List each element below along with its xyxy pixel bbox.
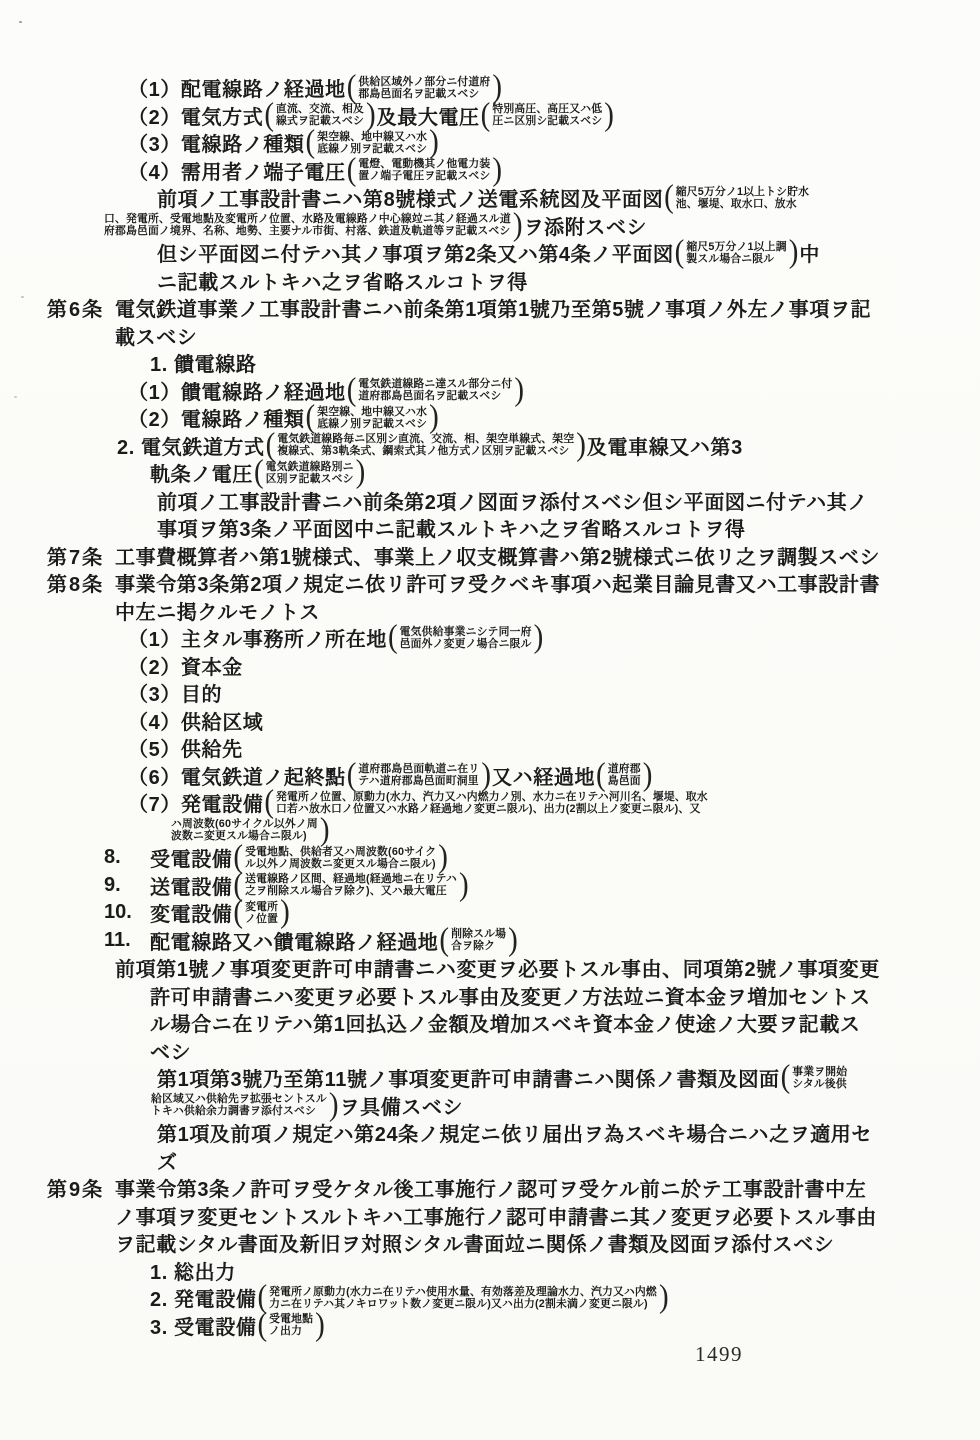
annotation-line-bottom: 之ヲ削除スル場合ヲ除ク)、又ハ最大電圧 — [245, 885, 457, 897]
text-line: 第1項及前項ノ規定ハ第24条ノ規定ニ依リ届出ヲ為スベキ場合ニハ之ヲ適用セ — [0, 1119, 980, 1147]
annotation-close-paren: ) — [492, 154, 502, 186]
inline-annotation: 発電所ノ位置、原動力(水力、汽力又ハ内燃力ノ別、水力ニ在リテハ河川名、堰堤、取水… — [276, 791, 708, 815]
annotation-close-paren: ) — [481, 759, 491, 791]
text-run: 中 — [799, 238, 820, 267]
text-line: 軌条ノ電圧(電気鉄道線路別ニ区別ヲ記載スベシ) — [0, 459, 980, 487]
text-run: 1. 饋電線路 — [150, 348, 256, 377]
annotation-line-bottom: ル以外ノ周波数ニ変更スル場合ニ限ル) — [245, 858, 436, 870]
annotation-close-paren: ) — [513, 209, 523, 241]
annotation-line-top: 事業ヲ開始 — [792, 1066, 847, 1078]
text-run: 変電設備 — [150, 898, 232, 927]
annotation-line-top: 縮尺5万分ノ1以上調 — [686, 241, 786, 253]
text-run: 電気鉄道事業ノ工事設計書ニハ前条第1項第1號乃至第5號ノ事項ノ外左ノ事項ヲ記 — [115, 293, 871, 322]
text-line: 8.受電設備(受電地點、供給者又ハ周波数(60サイクル以外ノ周波数ニ変更スル場合… — [0, 844, 980, 872]
inline-annotation: 電気鉄道線路別ニ区別ヲ記載スベシ — [266, 461, 354, 485]
annotation-open-paren: ( — [481, 99, 491, 131]
text-line: 第9条事業令第3条ノ許可ヲ受ケタル後工事施行ノ認可ヲ受ケル前ニ於テ工事設計書中左 — [0, 1174, 980, 1202]
inline-annotation: 変電所ノ位置 — [245, 901, 278, 925]
text-line: （6）電気鉄道ノ起終點(道府郡島邑面軌道ニ在リテハ道府郡島邑面町洞里)又ハ経過地… — [0, 762, 980, 790]
text-line: ノ事項ヲ変更セントスルトキハ工事施行ノ認可申請書ニ其ノ変更ヲ必要トスル事由 — [0, 1202, 980, 1230]
page-number: 1499 — [695, 1342, 743, 1367]
annotation-line-bottom: シタル後供 — [792, 1078, 847, 1090]
text-run: 2. 発電設備 — [150, 1283, 256, 1312]
inline-annotation: 給区域又ハ供給先ヲ拡張セントスルトキハ供給余力調書ヲ添付スベシ — [151, 1093, 327, 1117]
text-run: 前項ノ工事設計書ニハ第8號様式ノ送電系統図及平面図 — [157, 183, 663, 212]
article-number: 第6条 — [47, 293, 115, 322]
inline-annotation: 受電地點、供給者又ハ周波数(60サイクル以外ノ周波数ニ変更スル場合ニ限ル) — [245, 846, 436, 870]
annotation-line-top: ハ周波数(60サイクル以外ノ周 — [171, 818, 318, 830]
annotation-close-paren: ) — [356, 457, 366, 489]
list-number: 8. — [104, 846, 150, 869]
annotation-open-paren: ( — [347, 759, 357, 791]
annotation-line-top: 縮尺5万分ノ1以上トシ貯水 — [676, 186, 809, 198]
text-run: 及電車線又ハ第3 — [587, 431, 743, 460]
annotation-open-paren: ( — [664, 182, 674, 214]
inline-annotation: 特別高圧、高圧又ハ低圧ニ区別シ記載スベシ — [492, 103, 602, 127]
text-line: 1. 饋電線路 — [0, 349, 980, 377]
text-run: ル場合ニ在リテハ第1回払込ノ金額及増加スベキ資本金ノ使途ノ大要ヲ記載ス — [150, 1008, 861, 1037]
inline-annotation: 口、発電所、受電地點及変電所ノ位置、水路及電線路ノ中心線竝ニ其ノ経過スル道府郡島… — [104, 213, 511, 237]
text-run: （3）目的 — [128, 678, 222, 707]
inline-annotation: 道府郡島邑面軌道ニ在リテハ道府郡島邑面町洞里 — [358, 763, 479, 787]
text-line: （2）資本金 — [0, 652, 980, 680]
annotation-line-top: 架空線、地中線又ハ水 — [317, 406, 427, 418]
annotation-open-paren: ( — [254, 457, 264, 489]
annotation-close-paren: ) — [438, 842, 448, 874]
text-run: 工事費概算者ハ第1號様式、事業上ノ収支概算書ハ第2號様式ニ依リ之ヲ調製スベシ — [115, 541, 880, 570]
inline-annotation: 直流、交流、相及線式ヲ記載スベシ — [276, 103, 364, 127]
text-line: 口、発電所、受電地點及変電所ノ位置、水路及電線路ノ中心線竝ニ其ノ経過スル道府郡島… — [0, 212, 980, 240]
text-line: ル場合ニ在リテハ第1回払込ノ金額及増加スベキ資本金ノ使途ノ大要ヲ記載ス — [0, 1009, 980, 1037]
inline-annotation: 架空線、地中線又ハ水底線ノ別ヲ記載スベシ — [317, 131, 427, 155]
annotation-open-paren: ( — [347, 72, 357, 104]
annotation-line-bottom: ノ位置 — [245, 913, 278, 925]
annotation-line-top: 変電所 — [245, 901, 278, 913]
annotation-line-bottom: トキハ供給余力調書ヲ添付スベシ — [151, 1105, 327, 1117]
text-run: 前項ノ工事設計書ニハ前条第2項ノ図面ヲ添付スベシ但シ平面図ニ付テハ其ノ — [157, 486, 868, 515]
annotation-line-bottom: 圧ニ区別シ記載スベシ — [492, 115, 602, 127]
annotation-open-paren: ( — [596, 759, 606, 791]
annotation-line-top: 口、発電所、受電地點及変電所ノ位置、水路及電線路ノ中心線竝ニ其ノ経過スル道 — [104, 213, 511, 225]
text-run: （4）需用者ノ端子電圧 — [128, 156, 346, 185]
text-run: 配電線路又ハ饋電線路ノ経過地 — [150, 926, 438, 955]
annotation-line-bottom: 区別ヲ記載スベシ — [266, 473, 354, 485]
inline-annotation: 受電地點ノ出力 — [269, 1313, 313, 1337]
text-line: 9.送電設備(送電線路ノ区間、経過地(経過地ニ在リテハ之ヲ削除スル場合ヲ除ク)、… — [0, 872, 980, 900]
text-line: 1. 総出力 — [0, 1257, 980, 1285]
annotation-close-paren: ) — [789, 237, 799, 269]
list-number: 10. — [104, 901, 150, 924]
annotation-close-paren: ) — [643, 759, 653, 791]
article-number: 第7条 — [47, 541, 115, 570]
text-run: （1）主タル事務所ノ所在地 — [128, 623, 387, 652]
annotation-line-top: 削除スル場 — [451, 928, 506, 940]
annotation-line-bottom: ノ出力 — [269, 1325, 313, 1337]
annotation-open-paren: ( — [233, 897, 243, 929]
inline-annotation: 発電所ノ原動力(水力ニ在リテハ使用水量、有効落差及理論水力、汽力又ハ内燃力ニ在リ… — [269, 1286, 657, 1310]
annotation-line-bottom: 線式ヲ記載スベシ — [276, 115, 364, 127]
text-run: 許可申請書ニハ変更ヲ必要トスル事由及変更ノ方法竝ニ資本金ヲ増加セントス — [150, 981, 871, 1010]
text-line: 2. 電気鉄道方式(電気鉄道線路毎ニ区別シ直流、交流、相、架空単線式、架空複線式… — [0, 432, 980, 460]
text-run: 事業令第3条第2項ノ規定ニ依リ許可ヲ受クベキ事項ハ起業目論見書又ハ工事設計書 — [115, 568, 880, 597]
inline-annotation: 電気鉄道線路毎ニ区別シ直流、交流、相、架空単線式、架空複線式、第3軌条式、鋼索式… — [277, 433, 574, 457]
text-run: 事項ヲ第3条ノ平面図中ニ記載スルトキハ之ヲ省略スルコトヲ得 — [157, 513, 746, 542]
text-run: 第1項及前項ノ規定ハ第24条ノ規定ニ依リ届出ヲ為スベキ場合ニハ之ヲ適用セ — [157, 1118, 872, 1147]
annotation-line-top: 直流、交流、相及 — [276, 103, 364, 115]
text-run: （3）電線路ノ種類 — [128, 128, 305, 157]
text-line: ヲ記載シタル書面及新旧ヲ対照シタル書面竝ニ関係ノ書類及図面ヲ添付スベシ — [0, 1229, 980, 1257]
inline-annotation: 電燈、電動機其ノ他電力装置ノ端子電圧ヲ記載スベシ — [358, 158, 490, 182]
inline-annotation: 電気供給事業ニシテ同一府邑面外ノ変更ノ場合ニ限ル — [400, 626, 532, 650]
text-run: 載スベシ — [115, 321, 197, 350]
annotation-close-paren: ) — [429, 127, 439, 159]
annotation-line-top: 電気鉄道線路別ニ — [266, 461, 354, 473]
annotation-line-top: 供給区域外ノ部分ニ付道府 — [358, 76, 490, 88]
annotation-close-paren: ) — [280, 897, 290, 929]
annotation-line-bottom: 底線ノ別ヲ記載スベシ — [317, 143, 427, 155]
annotation-close-paren: ) — [534, 622, 544, 654]
annotation-line-top: 電気鉄道線路毎ニ区別シ直流、交流、相、架空単線式、架空 — [277, 433, 574, 445]
annotation-open-paren: ( — [439, 924, 449, 956]
inline-annotation: 縮尺5万分ノ1以上トシ貯水池、堰堤、取水口、放水 — [676, 186, 809, 210]
annotation-line-top: 道府郡 — [608, 763, 641, 775]
annotation-open-paren: ( — [306, 402, 316, 434]
text-run: 事業令第3条ノ許可ヲ受ケタル後工事施行ノ認可ヲ受ケル前ニ於テ工事設計書中左 — [115, 1173, 866, 1202]
inline-annotation: 道府郡島邑面 — [608, 763, 641, 787]
annotation-open-paren: ( — [264, 99, 274, 131]
text-run: 又ハ経過地 — [492, 761, 595, 790]
annotation-close-paren: ) — [576, 429, 586, 461]
text-run: 中左ニ掲クルモノトス — [115, 596, 320, 625]
text-line: （4）需用者ノ端子電圧(電燈、電動機其ノ他電力装置ノ端子電圧ヲ記載スベシ) — [0, 157, 980, 185]
scanned-legal-document: （1）配電線路ノ経過地(供給区域外ノ部分ニ付道府郡島邑面名ヲ記載スベシ)（2）電… — [0, 0, 980, 1440]
annotation-close-paren: ) — [459, 869, 469, 901]
text-run: ノ事項ヲ変更セントスルトキハ工事施行ノ認可申請書ニ其ノ変更ヲ必要トスル事由 — [115, 1201, 877, 1230]
annotation-line-bottom: 府郡島邑面ノ境界、名称、地勢、主要ナル市街、村落、鉄道及軌道等ヲ記載スベシ — [104, 225, 511, 237]
text-run: ズ — [157, 1146, 178, 1175]
text-line: （4）供給区域 — [0, 707, 980, 735]
annotation-close-paren: ) — [492, 72, 502, 104]
annotation-open-paren: ( — [306, 127, 316, 159]
annotation-line-top: 電燈、電動機其ノ他電力装 — [358, 158, 490, 170]
text-run: 但シ平面図ニ付テハ其ノ事項ヲ第2条又ハ第4条ノ平面図 — [157, 238, 674, 267]
text-line: 第1項第3號乃至第11號ノ事項変更許可申請書ニハ関係ノ書類及図面(事業ヲ開始シタ… — [0, 1064, 980, 1092]
annotation-close-paren: ) — [514, 374, 524, 406]
annotation-line-bottom: 力ニ在リテハ其ノキロワット数ノ変更ニ限ル)又ハ出力(2割未満ノ変更ニ限ル) — [269, 1298, 657, 1310]
document-text-block: （1）配電線路ノ経過地(供給区域外ノ部分ニ付道府郡島邑面名ヲ記載スベシ)（2）電… — [0, 74, 980, 1339]
text-run: 送電設備 — [150, 871, 232, 900]
text-line: 給区域又ハ供給先ヲ拡張セントスルトキハ供給余力調書ヲ添付スベシ)ヲ具備スベシ — [0, 1092, 980, 1120]
annotation-line-bottom: 邑面外ノ変更ノ場合ニ限ル — [400, 638, 532, 650]
annotation-line-bottom: 置ノ端子電圧ヲ記載スベシ — [358, 170, 490, 182]
text-line: ベシ — [0, 1037, 980, 1065]
text-run: ニ記載スルトキハ之ヲ省略スルコトヲ得 — [157, 266, 528, 295]
annotation-line-top: 電気供給事業ニシテ同一府 — [400, 626, 532, 638]
text-line: （3）目的 — [0, 679, 980, 707]
text-run: （5）供給先 — [128, 733, 243, 762]
annotation-close-paren: ) — [429, 402, 439, 434]
inline-annotation: ハ周波数(60サイクル以外ノ周波数ニ変更スル場合ニ限ル) — [171, 818, 318, 842]
text-line: 2. 発電設備(発電所ノ原動力(水力ニ在リテハ使用水量、有効落差及理論水力、汽力… — [0, 1284, 980, 1312]
list-number: 9. — [104, 874, 150, 897]
text-line: 10.変電設備(変電所ノ位置) — [0, 899, 980, 927]
annotation-close-paren: ) — [320, 814, 330, 846]
annotation-open-paren: ( — [264, 787, 274, 819]
annotation-line-bottom: 合ヲ除ク — [451, 940, 506, 952]
text-line: 前項ノ工事設計書ニハ前条第2項ノ図面ヲ添付スベシ但シ平面図ニ付テハ其ノ — [0, 487, 980, 515]
text-run: 及最大電圧 — [377, 101, 480, 130]
annotation-line-bottom: 池、堰堤、取水口、放水 — [676, 198, 809, 210]
inline-annotation: 事業ヲ開始シタル後供 — [792, 1066, 847, 1090]
annotation-close-paren: ) — [604, 99, 614, 131]
text-line: （7）発電設備(発電所ノ位置、原動力(水力、汽力又ハ内燃力ノ別、水力ニ在リテハ河… — [0, 789, 980, 817]
text-run: ベシ — [150, 1036, 191, 1065]
text-line: 前項ノ工事設計書ニハ第8號様式ノ送電系統図及平面図(縮尺5万分ノ1以上トシ貯水池… — [0, 184, 980, 212]
text-line: 前項第1號ノ事項変更許可申請書ニハ変更ヲ必要トスル事由、同項第2號ノ事項変更 — [0, 954, 980, 982]
annotation-open-paren: ( — [675, 237, 685, 269]
annotation-open-paren: ( — [257, 1309, 267, 1341]
text-line: 3. 受電設備(受電地點ノ出力) — [0, 1312, 980, 1340]
annotation-open-paren: ( — [781, 1062, 791, 1094]
annotation-line-bottom: 複線式、第3軌条式、鋼索式其ノ他方式ノ区別ヲ記載スベシ — [277, 445, 574, 457]
text-run: 前項第1號ノ事項変更許可申請書ニハ変更ヲ必要トスル事由、同項第2號ノ事項変更 — [115, 953, 880, 982]
inline-annotation: 架空線、地中線又ハ水底線ノ別ヲ記載スベシ — [317, 406, 427, 430]
annotation-line-top: 受電地點 — [269, 1313, 313, 1325]
text-line: 載スベシ — [0, 322, 980, 350]
annotation-open-paren: ( — [266, 429, 276, 461]
text-line: （1）主タル事務所ノ所在地(電気供給事業ニシテ同一府邑面外ノ変更ノ場合ニ限ル) — [0, 624, 980, 652]
text-line: 第7条工事費概算者ハ第1號様式、事業上ノ収支概算書ハ第2號様式ニ依リ之ヲ調製スベ… — [0, 542, 980, 570]
annotation-line-top: 電気鉄道線路ニ達スル部分ニ付 — [358, 378, 512, 390]
text-run: （2）電気方式 — [128, 101, 263, 130]
text-run: （1）配電線路ノ経過地 — [128, 73, 346, 102]
inline-annotation: 削除スル場合ヲ除ク — [451, 928, 506, 952]
annotation-close-paren: ) — [315, 1309, 325, 1341]
annotation-open-paren: ( — [388, 622, 398, 654]
inline-annotation: 縮尺5万分ノ1以上調製スル場合ニ限ル — [686, 241, 786, 265]
text-line: 中左ニ掲クルモノトス — [0, 597, 980, 625]
text-run: 軌条ノ電圧 — [150, 458, 253, 487]
annotation-line-top: 給区域又ハ供給先ヲ拡張セントスル — [151, 1093, 327, 1105]
text-run: 1. 総出力 — [150, 1256, 236, 1285]
text-line: 許可申請書ニハ変更ヲ必要トスル事由及変更ノ方法竝ニ資本金ヲ増加セントス — [0, 982, 980, 1010]
article-number: 第9条 — [47, 1173, 115, 1202]
text-run: （7）発電設備 — [128, 788, 263, 817]
text-line: 第8条事業令第3条第2項ノ規定ニ依リ許可ヲ受クベキ事項ハ起業目論見書又ハ工事設計… — [0, 569, 980, 597]
article-number: 第8条 — [47, 568, 115, 597]
text-line: 第6条電気鉄道事業ノ工事設計書ニハ前条第1項第1號乃至第5號ノ事項ノ外左ノ事項ヲ… — [0, 294, 980, 322]
annotation-line-bottom: 製スル場合ニ限ル — [686, 253, 786, 265]
text-run: 第1項第3號乃至第11號ノ事項変更許可申請書ニハ関係ノ書類及図面 — [157, 1063, 780, 1092]
annotation-close-paren: ) — [659, 1282, 669, 1314]
annotation-close-paren: ) — [508, 924, 518, 956]
annotation-line-top: 発電所ノ原動力(水力ニ在リテハ使用水量、有効落差及理論水力、汽力又ハ内燃 — [269, 1286, 657, 1298]
text-run: 受電設備 — [150, 843, 232, 872]
annotation-line-bottom: 口若ハ放水口ノ位置又ハ水路ノ経過地ノ変更ニ限ル)、出力(2割以上ノ変更ニ限ル)、… — [276, 803, 708, 815]
annotation-line-top: 特別高圧、高圧又ハ低 — [492, 103, 602, 115]
annotation-open-paren: ( — [347, 154, 357, 186]
text-run: （2）電線路ノ種類 — [128, 403, 305, 432]
annotation-line-bottom: 郡島邑面名ヲ記載スベシ — [358, 88, 490, 100]
inline-annotation: 送電線路ノ区間、経過地(経過地ニ在リテハ之ヲ削除スル場合ヲ除ク)、又ハ最大電圧 — [245, 873, 457, 897]
text-line: ニ記載スルトキハ之ヲ省略スルコトヲ得 — [0, 267, 980, 295]
text-run: ヲ記載シタル書面及新旧ヲ対照シタル書面竝ニ関係ノ書類及図面ヲ添付スベシ — [115, 1228, 834, 1257]
text-run: 3. 受電設備 — [150, 1311, 256, 1340]
annotation-line-bottom: 波数ニ変更スル場合ニ限ル) — [171, 830, 318, 842]
annotation-open-paren: ( — [347, 374, 357, 406]
scan-speck — [19, 21, 22, 23]
text-line: 但シ平面図ニ付テハ其ノ事項ヲ第2条又ハ第4条ノ平面図(縮尺5万分ノ1以上調製スル… — [0, 239, 980, 267]
annotation-line-top: 送電線路ノ区間、経過地(経過地ニ在リテハ — [245, 873, 457, 885]
annotation-line-top: 道府郡島邑面軌道ニ在リ — [358, 763, 479, 775]
text-line: （2）電気方式(直流、交流、相及線式ヲ記載スベシ)及最大電圧(特別高圧、高圧又ハ… — [0, 102, 980, 130]
annotation-line-bottom: 島邑面 — [608, 775, 641, 787]
text-line: ハ周波数(60サイクル以外ノ周波数ニ変更スル場合ニ限ル)) — [0, 817, 980, 845]
annotation-line-bottom: 底線ノ別ヲ記載スベシ — [317, 418, 427, 430]
text-line: 11.配電線路又ハ饋電線路ノ経過地(削除スル場合ヲ除ク) — [0, 927, 980, 955]
text-run: （2）資本金 — [128, 651, 243, 680]
text-run: （6）電気鉄道ノ起終點 — [128, 761, 346, 790]
text-run: 2. 電気鉄道方式 — [117, 431, 265, 460]
text-line: （2）電線路ノ種類(架空線、地中線又ハ水底線ノ別ヲ記載スベシ) — [0, 404, 980, 432]
text-line: （3）電線路ノ種類(架空線、地中線又ハ水底線ノ別ヲ記載スベシ) — [0, 129, 980, 157]
text-line: 事項ヲ第3条ノ平面図中ニ記載スルトキハ之ヲ省略スルコトヲ得 — [0, 514, 980, 542]
text-run: （4）供給区域 — [128, 706, 263, 735]
inline-annotation: 供給区域外ノ部分ニ付道府郡島邑面名ヲ記載スベシ — [358, 76, 490, 100]
list-number: 11. — [104, 929, 150, 952]
text-run: ヲ具備スベシ — [340, 1091, 464, 1120]
annotation-close-paren: ) — [329, 1089, 339, 1121]
annotation-line-top: 受電地點、供給者又ハ周波数(60サイク — [245, 846, 436, 858]
annotation-line-bottom: テハ道府郡島邑面町洞里 — [358, 775, 479, 787]
text-line: ズ — [0, 1147, 980, 1175]
text-line: （1）饋電線路ノ経過地(電気鉄道線路ニ達スル部分ニ付道府郡島邑面名ヲ記載スベシ) — [0, 377, 980, 405]
text-run: ヲ添附スベシ — [524, 211, 648, 240]
annotation-close-paren: ) — [366, 99, 376, 131]
